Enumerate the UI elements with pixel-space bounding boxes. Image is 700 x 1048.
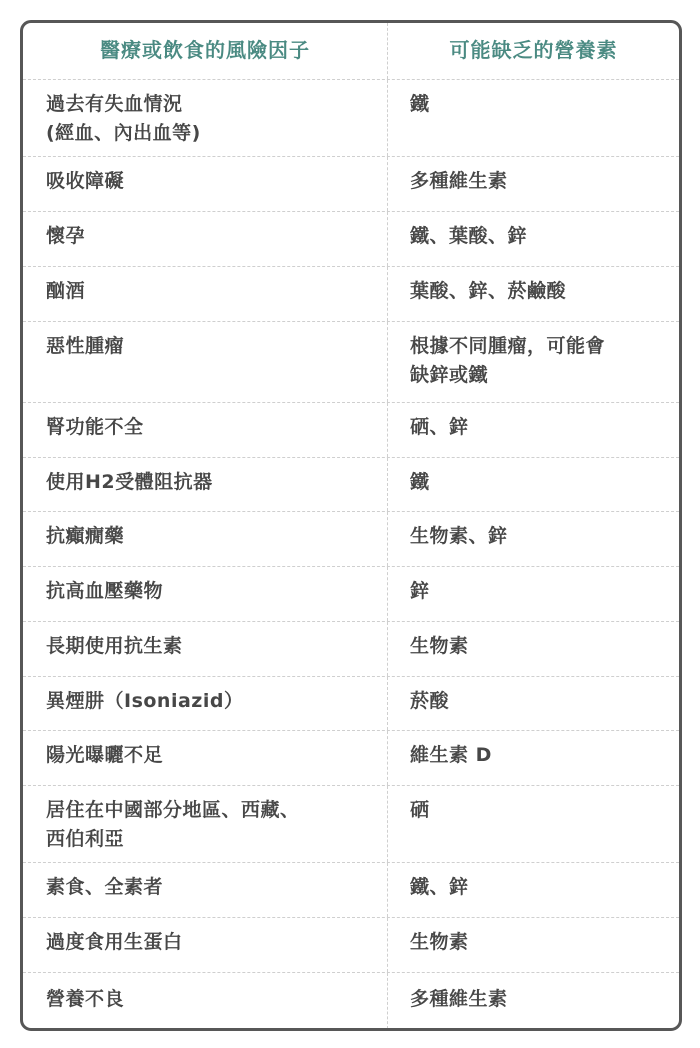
risk-factor-cell: 抗高血壓藥物 bbox=[23, 567, 388, 621]
nutrient-cell: 生物素、鋅 bbox=[388, 512, 679, 566]
nutrient-cell: 鐵 bbox=[388, 80, 679, 156]
table-row: 居住在中國部分地區、西藏、 西伯利亞 硒 bbox=[23, 786, 679, 863]
table-row: 使用H2受體阻抗器 鐵 bbox=[23, 458, 679, 512]
nutrient-cell: 維生素 D bbox=[388, 731, 679, 785]
nutrient-cell: 生物素 bbox=[388, 918, 679, 972]
nutrient-cell: 硒 bbox=[388, 786, 679, 862]
risk-factor-cell: 異煙肼（Isoniazid） bbox=[23, 677, 388, 730]
table-row: 惡性腫瘤 根據不同腫瘤，可能會 缺鋅或鐵 bbox=[23, 322, 679, 403]
table-row: 素食、全素者 鐵、鋅 bbox=[23, 863, 679, 918]
risk-factor-cell: 使用H2受體阻抗器 bbox=[23, 458, 388, 511]
nutrient-cell: 根據不同腫瘤，可能會 缺鋅或鐵 bbox=[388, 322, 679, 402]
table-row: 長期使用抗生素 生物素 bbox=[23, 622, 679, 677]
risk-factor-cell: 素食、全素者 bbox=[23, 863, 388, 917]
nutrient-cell: 葉酸、鋅、菸鹼酸 bbox=[388, 267, 679, 321]
risk-factor-cell: 抗癲癇藥 bbox=[23, 512, 388, 566]
table-row: 酗酒 葉酸、鋅、菸鹼酸 bbox=[23, 267, 679, 322]
table-row: 腎功能不全 硒、鋅 bbox=[23, 403, 679, 458]
nutrient-cell: 多種維生素 bbox=[388, 973, 679, 1029]
table-row: 過去有失血情況 (經血、內出血等) 鐵 bbox=[23, 80, 679, 157]
risk-factor-cell: 懷孕 bbox=[23, 212, 388, 266]
risk-factor-cell: 惡性腫瘤 bbox=[23, 322, 388, 402]
risk-factor-cell: 居住在中國部分地區、西藏、 西伯利亞 bbox=[23, 786, 388, 862]
risk-factor-cell: 酗酒 bbox=[23, 267, 388, 321]
nutrient-cell: 硒、鋅 bbox=[388, 403, 679, 457]
nutrient-risk-table: 醫療或飲食的風險因子 可能缺乏的營養素 過去有失血情況 (經血、內出血等) 鐵 … bbox=[20, 20, 682, 1031]
risk-factor-cell: 長期使用抗生素 bbox=[23, 622, 388, 676]
table-row: 營養不良 多種維生素 bbox=[23, 973, 679, 1029]
table-row: 吸收障礙 多種維生素 bbox=[23, 157, 679, 212]
nutrient-cell: 鐵、鋅 bbox=[388, 863, 679, 917]
nutrient-cell: 多種維生素 bbox=[388, 157, 679, 211]
risk-factor-cell: 過度食用生蛋白 bbox=[23, 918, 388, 972]
table-row: 抗高血壓藥物 鋅 bbox=[23, 567, 679, 622]
header-risk-factor: 醫療或飲食的風險因子 bbox=[23, 23, 388, 79]
nutrient-cell: 生物素 bbox=[388, 622, 679, 676]
table-row: 過度食用生蛋白 生物素 bbox=[23, 918, 679, 973]
risk-factor-cell: 腎功能不全 bbox=[23, 403, 388, 457]
nutrient-cell: 鐵 bbox=[388, 458, 679, 511]
table-row: 抗癲癇藥 生物素、鋅 bbox=[23, 512, 679, 567]
nutrient-cell: 菸酸 bbox=[388, 677, 679, 730]
risk-factor-cell: 營養不良 bbox=[23, 973, 388, 1029]
table-row: 陽光曝曬不足 維生素 D bbox=[23, 731, 679, 786]
risk-factor-cell: 過去有失血情況 (經血、內出血等) bbox=[23, 80, 388, 156]
risk-factor-cell: 陽光曝曬不足 bbox=[23, 731, 388, 785]
table-row: 懷孕 鐵、葉酸、鋅 bbox=[23, 212, 679, 267]
table-row: 異煙肼（Isoniazid） 菸酸 bbox=[23, 677, 679, 731]
risk-factor-cell: 吸收障礙 bbox=[23, 157, 388, 211]
nutrient-cell: 鐵、葉酸、鋅 bbox=[388, 212, 679, 266]
header-nutrient: 可能缺乏的營養素 bbox=[388, 23, 679, 79]
table-header-row: 醫療或飲食的風險因子 可能缺乏的營養素 bbox=[23, 23, 679, 80]
nutrient-cell: 鋅 bbox=[388, 567, 679, 621]
